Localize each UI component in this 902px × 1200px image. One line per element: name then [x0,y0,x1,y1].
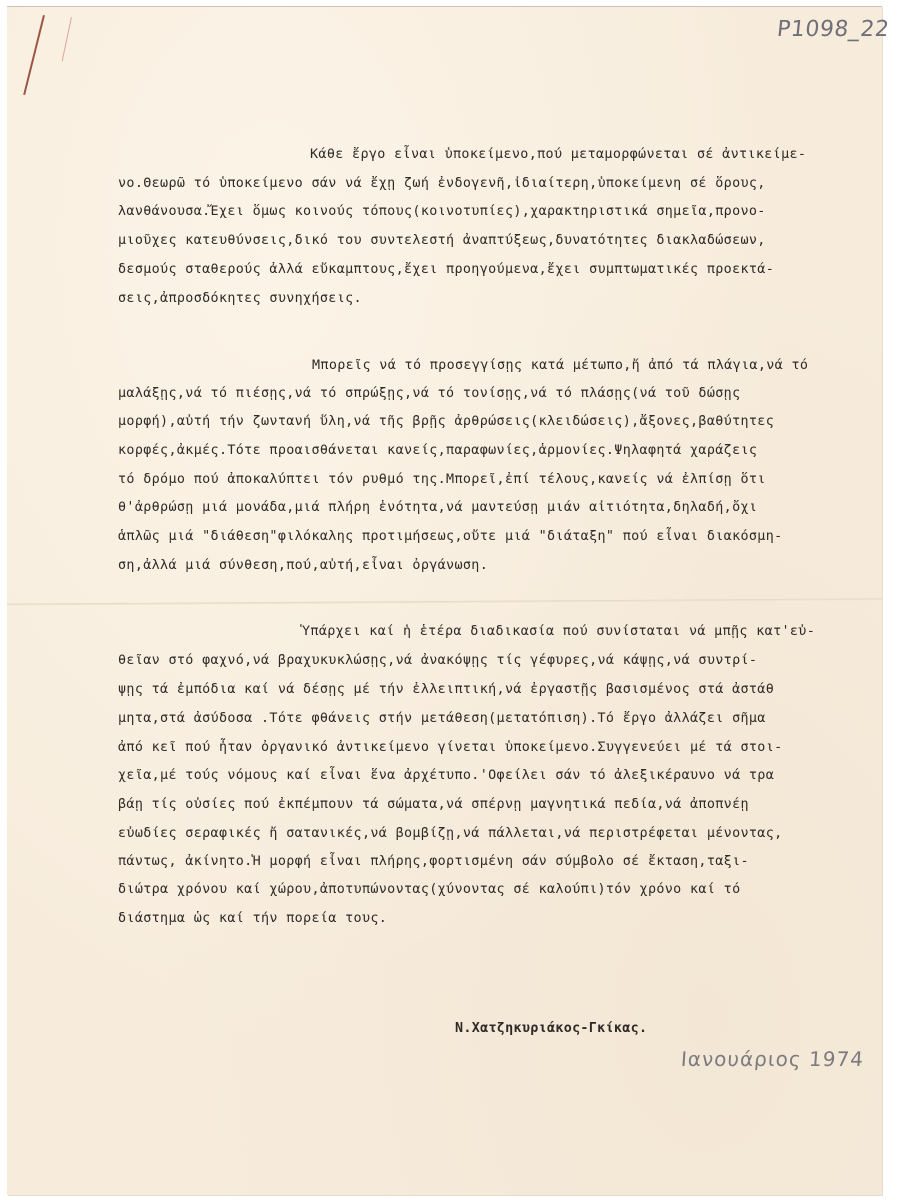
pencil-mark [23,15,45,95]
text-line: μιοῦχες κατευθύνσεις,δικό του συντελεστή… [118,233,766,248]
text-line: ἀπό κεῖ πού ἦταν ὀργανικό ἀντικείμενο γί… [118,740,783,755]
text-line: λανθάνουσα.Ἔχει ὅμως κοινούς τόπους(κοιν… [118,204,766,219]
text-line: εὐωδίες σεραφικές ἤ σατανικές,νά βομβίζῃ… [118,826,783,841]
text-line: διώτρα χρόνου καί χώρου,ἀποτυπώνοντας(χύ… [118,882,740,897]
text-line: θεῖαν στό φαχνό,νά βραχυκυκλώσῃς,νά ἀνακ… [118,653,757,668]
text-line: μητα,στά ἀσύδοσα .Τότε φθάνεις στήν μετά… [118,711,766,726]
text-line: Ὑπάρχει καί ἡ ἑτέρα διαδικασία πού συνίσ… [302,624,815,639]
author-signature: Ν.Χατζηκυριάκος-Γκίκας. [455,1021,647,1036]
text-line: δεσμούς σταθερούς ἀλλά εὔκαμπτους,ἔχει π… [118,262,774,277]
archive-id-handwritten: P1098_22 [776,17,891,42]
text-line: Μπορεῖς νά τό προσεγγίσῃς κατά μέτωπο,ἤ … [312,358,808,373]
text-line: χεῖα,μέ τούς νόμους καί εἶναι ἕνα ἀρχέτυ… [118,768,774,783]
text-line: τό δρόμο πού ἀποκαλύπτει τόν ρυθμό της.Μ… [118,472,766,487]
text-line: νο.Θεωρῶ τό ὑποκείμενο σάν νά ἔχῃ ζωή ἐν… [118,176,766,191]
text-line: κορφές,ἀκμές.Τότε προαισθάνεται κανείς,π… [118,443,757,458]
text-line: σεις,ἀπροσδόκητες συνηχήσεις. [118,291,362,306]
text-line: ψῃς τά ἐμπόδια καί νά δέσῃς μέ τήν ἐλλει… [118,682,774,697]
handwritten-date: Ιανουάριος 1974 [680,1047,865,1071]
text-line: Κάθε ἔργο εἶναι ὑποκείμενο,πού μεταμορφώ… [310,147,806,162]
text-line: βάῃ τίς οὐσίες πού ἐκπέμπουν τά σώματα,ν… [118,797,749,812]
text-line: ση,ἀλλά μιά σύνθεση,πού,αὐτή,εἶναι ὀργάν… [118,558,488,573]
typewritten-page: P1098_22 Κάθε ἔργο εἶναι ὑποκείμενο,πού … [7,6,882,1195]
text-line: μορφή),αὐτή τήν ζωντανή ὕλη,νά τῆς βρῇς … [118,414,774,429]
text-line: πάντως, ἀκίνητο.Ἡ μορφή εἶναι πλήρης,φορ… [118,854,749,869]
pencil-mark-faint [62,17,72,61]
text-line: διάστημα ὡς καί τήν πορεία τους. [118,911,387,926]
text-line: μαλάξῃς,νά τό πιέσῃς,νά τό σπρώξῃς,νά τό… [118,386,740,401]
paper-fold-line [7,598,882,605]
text-line: θ'ἀρθρώσῃ μιά μονάδα,μιά πλήρη ἑνότητα,ν… [118,500,757,515]
text-line: ἁπλῶς μιά "διάθεση"φιλόκαλης προτιμήσεως… [118,529,783,544]
